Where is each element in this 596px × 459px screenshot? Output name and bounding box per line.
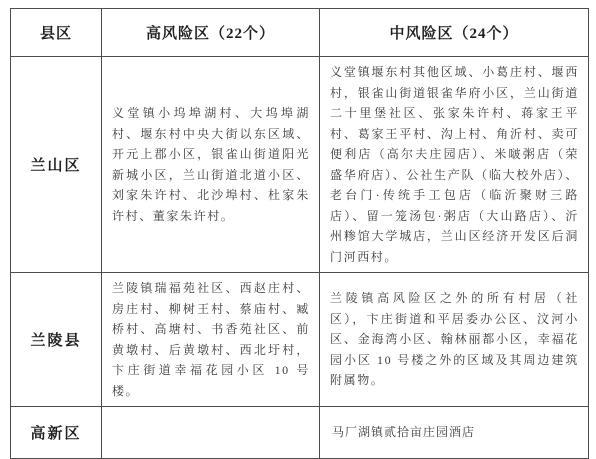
- table-row-gaoxin: 高新区 马厂湖镇贰拾亩庄园酒店: [11, 407, 589, 459]
- medium-risk-cell-lanshan: 义堂镇堰东村其他区域、小葛庄村、堰西村，银雀山街道银雀华府小区，兰山街道二十里堡…: [320, 57, 589, 273]
- district-label-lanshan: 兰山区: [11, 57, 102, 273]
- header-district: 县区: [11, 9, 102, 57]
- table-row-lanling: 兰陵县 兰陵镇瑞福苑社区、西赵庄村、房庄村、柳树王村、蔡庙村、臧桥村、高塘村、书…: [11, 273, 589, 407]
- district-label-gaoxin: 高新区: [11, 407, 102, 459]
- medium-risk-cell-gaoxin: 马厂湖镇贰拾亩庄园酒店: [320, 407, 589, 459]
- page-background: 县区 高风险区（22个） 中风险区（24个） 兰山区 义堂镇小坞埠湖村、大坞埠湖…: [0, 0, 596, 413]
- table-header-row: 县区 高风险区（22个） 中风险区（24个）: [11, 9, 589, 57]
- table-row-lanshan: 兰山区 义堂镇小坞埠湖村、大坞埠湖村、堰东村中央大街以东区域、开元上郡小区，银雀…: [11, 57, 589, 273]
- high-risk-cell-lanshan: 义堂镇小坞埠湖村、大坞埠湖村、堰东村中央大街以东区域、开元上郡小区，银雀山街道阳…: [102, 57, 320, 273]
- high-risk-cell-gaoxin: [102, 407, 320, 459]
- high-risk-cell-lanling: 兰陵镇瑞福苑社区、西赵庄村、房庄村、柳树王村、蔡庙村、臧桥村、高塘村、书香苑社区…: [102, 273, 320, 407]
- header-medium-risk: 中风险区（24个）: [320, 9, 589, 57]
- header-high-risk: 高风险区（22个）: [102, 9, 320, 57]
- medium-risk-cell-lanling: 兰陵镇高风险区之外的所有村居（社区），卞庄街道和平居委办公区、汶河小区、金海湾小…: [320, 273, 589, 407]
- district-label-lanling: 兰陵县: [11, 273, 102, 407]
- risk-area-table: 县区 高风险区（22个） 中风险区（24个） 兰山区 义堂镇小坞埠湖村、大坞埠湖…: [10, 8, 589, 459]
